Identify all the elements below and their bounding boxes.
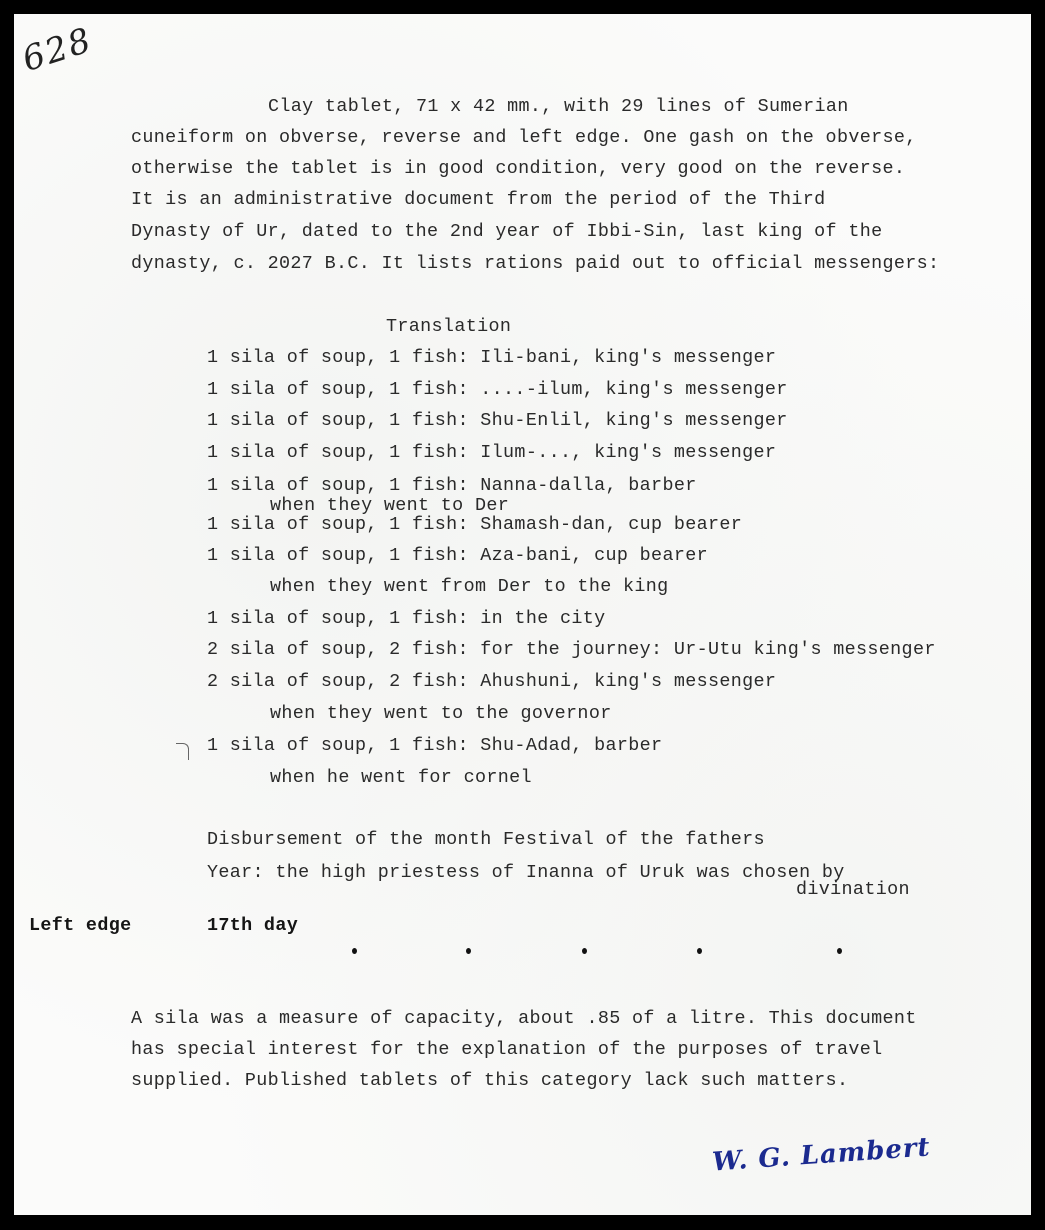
- divider-dot: [352, 948, 357, 954]
- note-line: has special interest for the explanation…: [131, 1041, 883, 1059]
- translation-line: 1 sila of soup, 1 fish: Ilum-..., king's…: [207, 444, 776, 462]
- divider-dot: [582, 948, 587, 954]
- translation-subline: when they went to the governor: [270, 705, 612, 723]
- margin-pencil-mark: [176, 743, 189, 760]
- translation-line: 1 sila of soup, 1 fish: Nanna-dalla, bar…: [207, 477, 697, 495]
- translation-line: 2 sila of soup, 2 fish: for the journey:…: [207, 641, 936, 659]
- left-edge-text: 17th day: [207, 917, 298, 935]
- translation-line: 1 sila of soup, 1 fish: Ili-bani, king's…: [207, 349, 776, 367]
- translation-line: 1 sila of soup, 1 fish: Aza-bani, cup be…: [207, 547, 708, 565]
- translation-subline: when he went for cornel: [270, 769, 532, 787]
- divider-dot: [466, 948, 471, 954]
- disbursement-line: Disbursement of the month Festival of th…: [207, 831, 765, 849]
- left-edge-label: Left edge: [29, 917, 131, 935]
- translation-line: 2 sila of soup, 2 fish: Ahushuni, king's…: [207, 673, 776, 691]
- year-line: Year: the high priestess of Inanna of Ur…: [207, 864, 845, 882]
- intro-line: cuneiform on obverse, reverse and left e…: [131, 129, 917, 147]
- translation-line: 1 sila of soup, 1 fish: in the city: [207, 610, 606, 628]
- divider-dot: [697, 948, 702, 954]
- intro-line: otherwise the tablet is in good conditio…: [131, 160, 905, 178]
- translation-line: 1 sila of soup, 1 fish: Shu-Adad, barber: [207, 737, 662, 755]
- translation-line: 1 sila of soup, 1 fish: Shamash-dan, cup…: [207, 516, 742, 534]
- year-line-continuation: divination: [796, 881, 910, 899]
- translation-heading: Translation: [386, 318, 511, 336]
- intro-line: dynasty, c. 2027 B.C. It lists rations p…: [131, 255, 939, 273]
- intro-line: Dynasty of Ur, dated to the 2nd year of …: [131, 223, 883, 241]
- intro-line: Clay tablet, 71 x 42 mm., with 29 lines …: [268, 98, 849, 116]
- divider-dot: [837, 948, 842, 954]
- translation-line: 1 sila of soup, 1 fish: ....-ilum, king'…: [207, 381, 788, 399]
- translation-subline: when they went from Der to the king: [270, 578, 669, 596]
- translation-line: 1 sila of soup, 1 fish: Shu-Enlil, king'…: [207, 412, 788, 430]
- note-line: supplied. Published tablets of this cate…: [131, 1072, 848, 1090]
- note-line: A sila was a measure of capacity, about …: [131, 1010, 917, 1028]
- translation-subline: when they went to Der: [270, 497, 509, 515]
- intro-line: It is an administrative document from th…: [131, 191, 826, 209]
